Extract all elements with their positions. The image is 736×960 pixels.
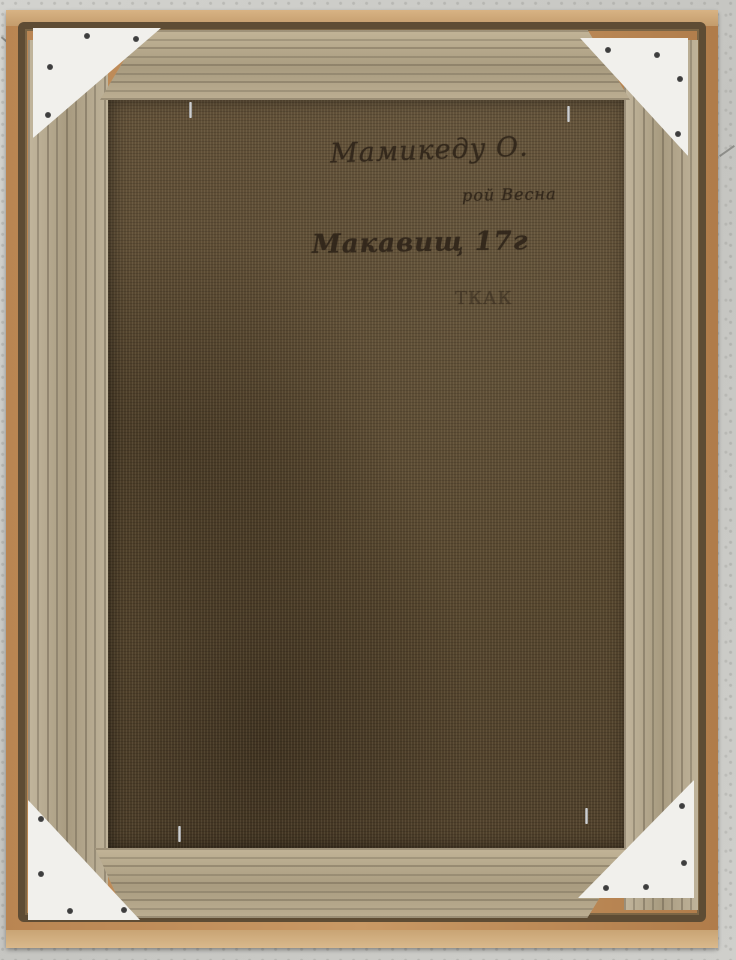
staple-icon <box>178 826 181 842</box>
stretcher-bar-right <box>624 40 698 910</box>
inscription-place-year: Макавищ 17г <box>312 226 529 260</box>
screw-icon <box>643 884 649 890</box>
stretcher-bar-top <box>100 30 630 100</box>
screw-icon <box>47 64 53 70</box>
screw-icon <box>67 908 73 914</box>
stretcher-bar-left <box>28 40 108 910</box>
canvas-back <box>108 98 630 850</box>
screw-icon <box>654 52 660 58</box>
staple-icon <box>189 102 192 118</box>
screw-icon <box>681 860 687 866</box>
staple-icon <box>567 106 570 122</box>
screw-icon <box>45 112 51 118</box>
inscription-stamp: ТКАК <box>455 288 513 309</box>
inscription-title: рой Весна <box>462 184 557 205</box>
screw-icon <box>133 36 139 42</box>
screw-icon <box>84 33 90 39</box>
screw-icon <box>121 907 127 913</box>
screw-icon <box>675 131 681 137</box>
screw-icon <box>679 803 685 809</box>
stretcher-bar-bottom <box>95 848 630 918</box>
staple-icon <box>585 808 588 824</box>
screw-icon <box>38 816 44 822</box>
outer-frame-bottom-edge <box>6 930 718 948</box>
screw-icon <box>605 47 611 53</box>
screw-icon <box>38 871 44 877</box>
screw-icon <box>603 885 609 891</box>
screw-icon <box>677 76 683 82</box>
